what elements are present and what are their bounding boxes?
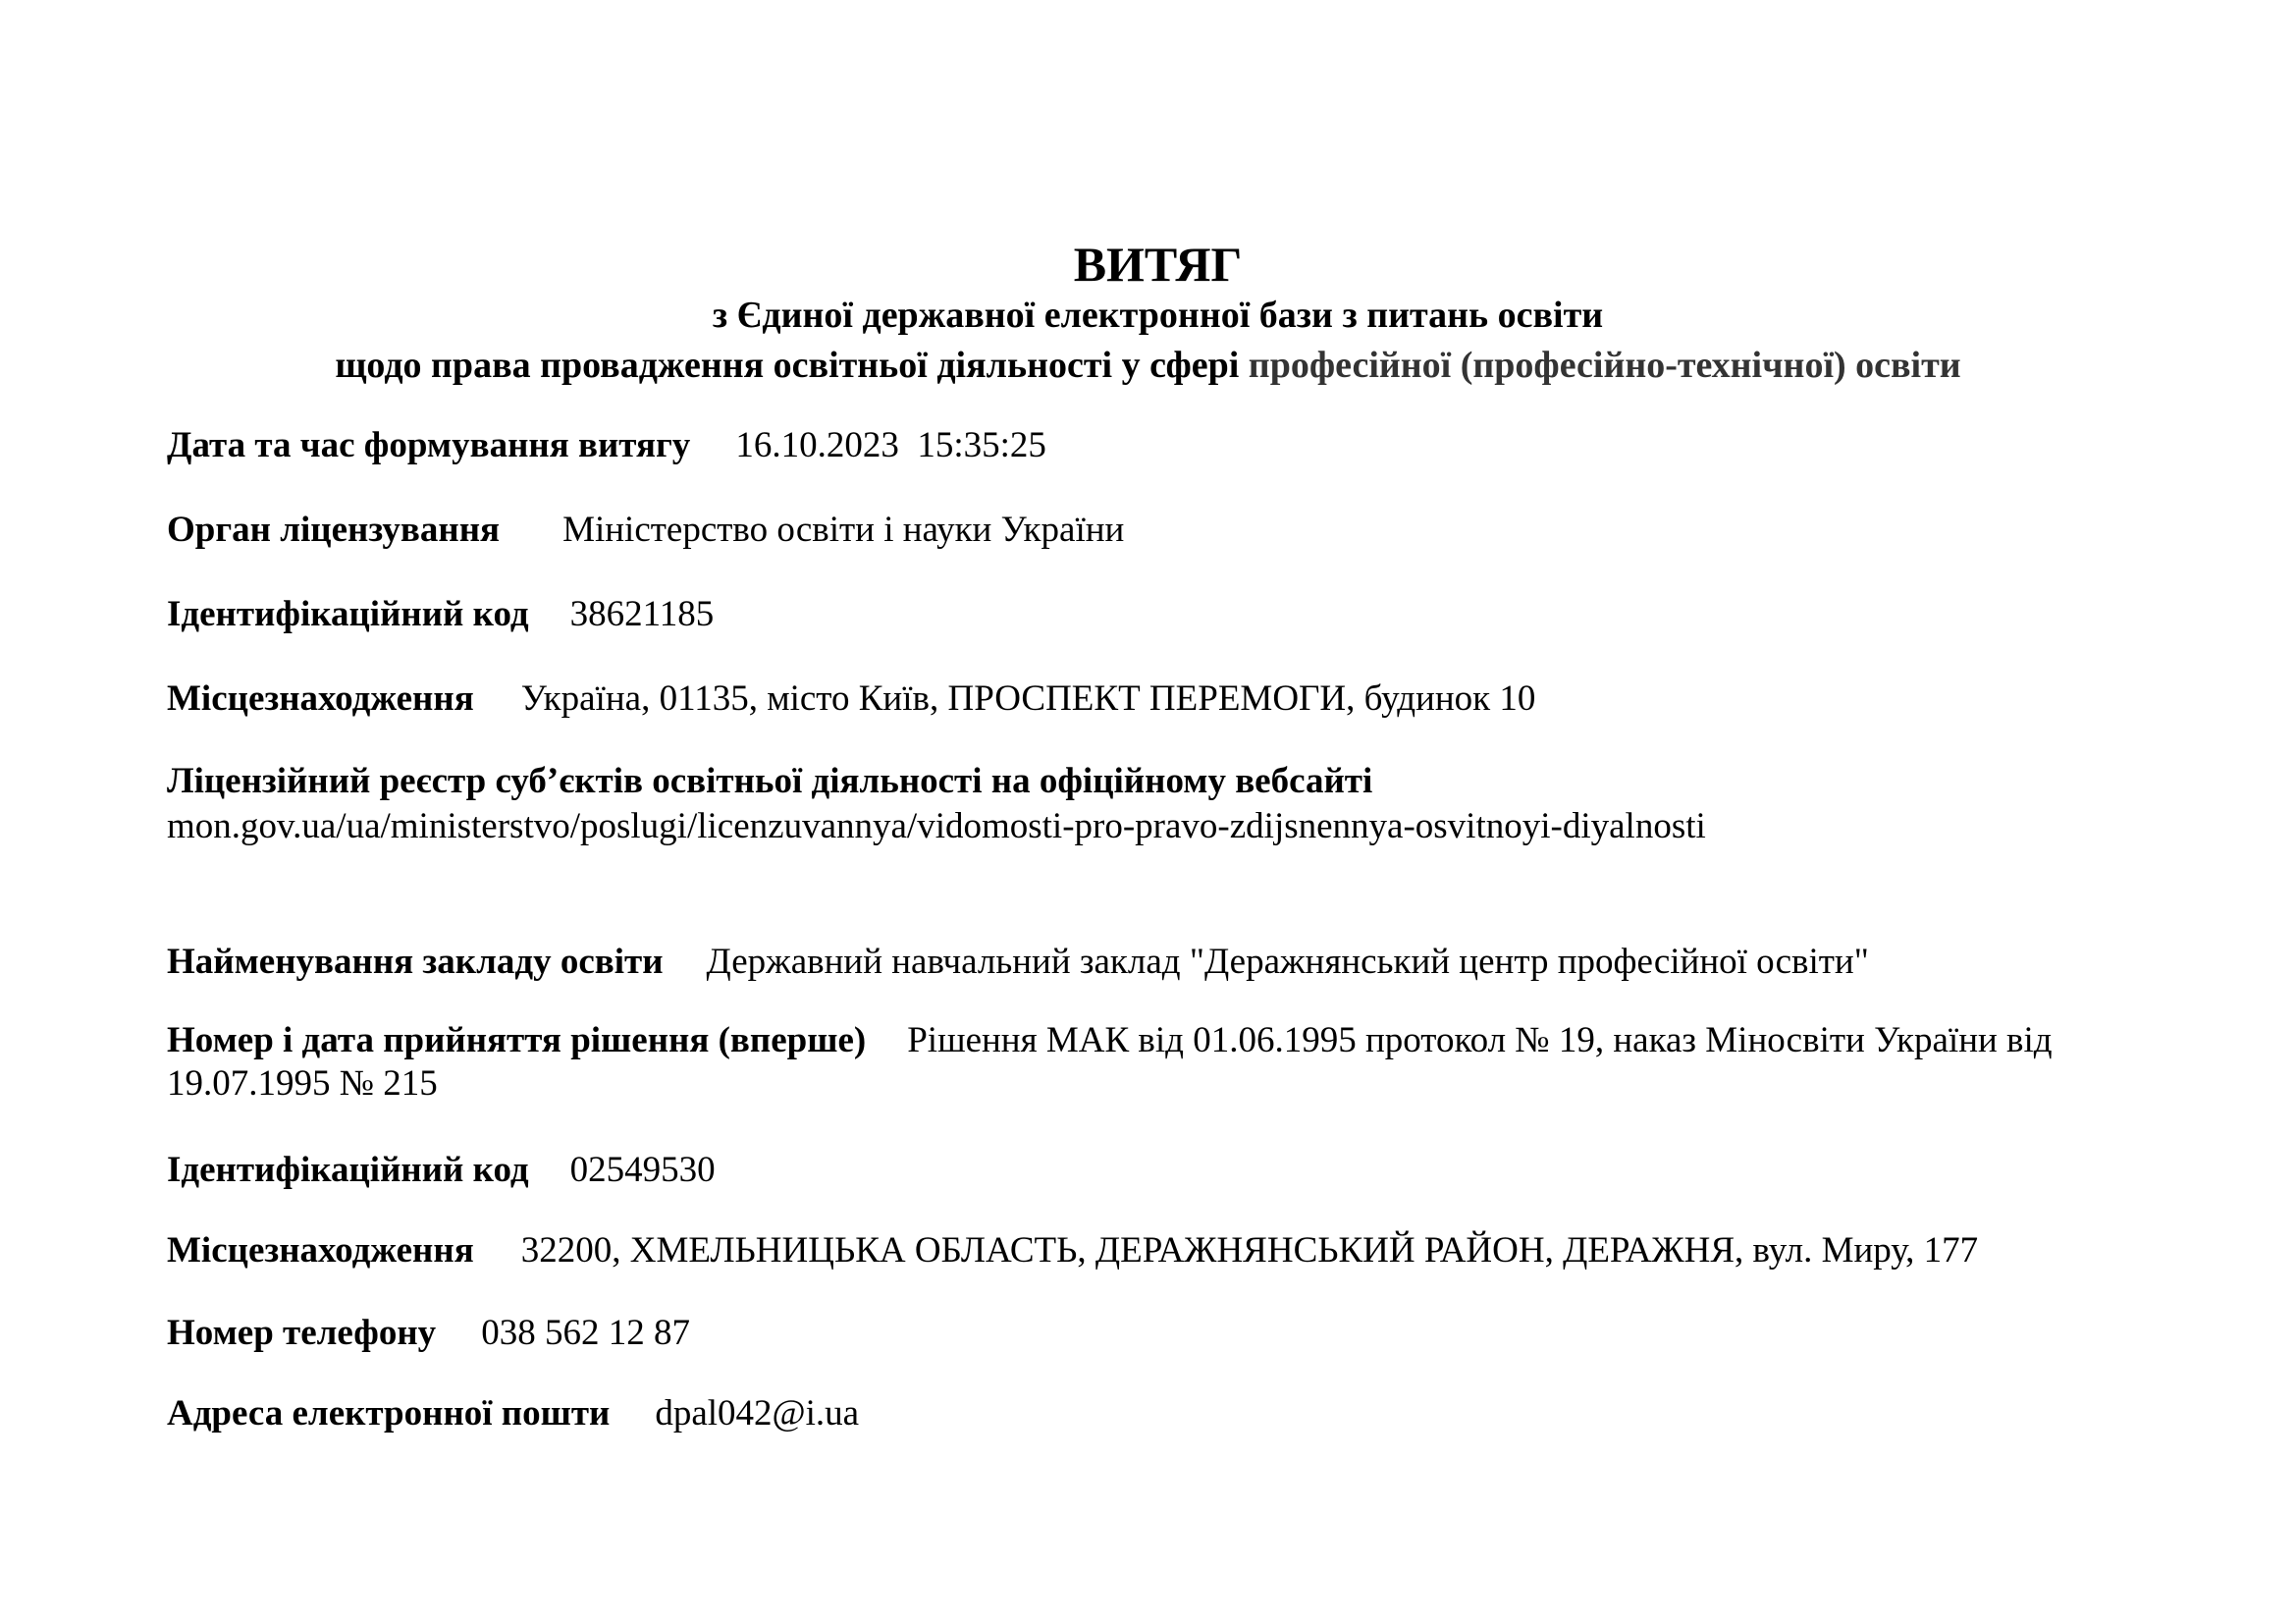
institution-code-row: Ідентифікаційний код02549530	[167, 1149, 2130, 1192]
licensing-authority-value: Міністерство освіти і науки України	[562, 510, 1124, 550]
document-subtitle-line1: з Єдиної державної електронної бази з пи…	[10, 294, 2296, 337]
email-label: Адреса електронної пошти	[167, 1393, 610, 1434]
subtitle-prefix: щодо права провадження освітньої діяльно…	[335, 345, 1248, 386]
authority-location-label: Місцезнаходження	[167, 678, 474, 719]
document-page: ВИТЯГ з Єдиної державної електронної баз…	[0, 0, 2296, 1624]
institution-location-value: 32200, ХМЕЛЬНИЦЬКА ОБЛАСТЬ, ДЕРАЖНЯНСЬКИ…	[521, 1230, 1978, 1271]
phone-value: 038 562 12 87	[481, 1313, 690, 1353]
institution-code-label: Ідентифікаційний код	[167, 1150, 529, 1190]
registry-label: Ліцензійний реєстр суб’єктів освітньої д…	[167, 761, 1372, 801]
decision-label: Номер і дата прийняття рішення (вперше)	[167, 1020, 866, 1060]
institution-name-value: Державний навчальний заклад "Деражнянськ…	[707, 942, 1869, 982]
authority-location-row: МісцезнаходженняУкраїна, 01135, місто Ки…	[167, 677, 2130, 721]
authority-code-row: Ідентифікаційний код38621185	[167, 593, 2130, 636]
institution-code-value: 02549530	[570, 1150, 716, 1190]
authority-location-value: Україна, 01135, місто Київ, ПРОСПЕКТ ПЕР…	[521, 678, 1536, 719]
phone-row: Номер телефону038 562 12 87	[167, 1312, 2130, 1355]
registry-link-row: mon.gov.ua/ua/ministerstvo/poslugi/licen…	[167, 805, 2130, 848]
authority-code-label: Ідентифікаційний код	[167, 594, 529, 634]
registry-link[interactable]: mon.gov.ua/ua/ministerstvo/poslugi/licen…	[167, 806, 1706, 846]
extract-datetime-value: 16.10.2023 15:35:25	[735, 425, 1046, 465]
institution-location-row: Місцезнаходження32200, ХМЕЛЬНИЦЬКА ОБЛАС…	[167, 1229, 2130, 1272]
subtitle-education-scope: професійної (професійно-технічної) освіт…	[1249, 345, 1961, 386]
document-subtitle-line2: щодо права провадження освітньої діяльно…	[0, 344, 2296, 387]
authority-code-value: 38621185	[570, 594, 715, 634]
email-row: Адреса електронної поштиdpal042@i.ua	[167, 1392, 2130, 1435]
registry-row: Ліцензійний реєстр суб’єктів освітньої д…	[167, 760, 2130, 803]
extract-datetime-label: Дата та час формування витягу	[167, 425, 690, 465]
extract-datetime-row: Дата та час формування витягу16.10.2023 …	[167, 424, 2130, 467]
email-value[interactable]: dpal042@i.ua	[655, 1393, 859, 1434]
licensing-authority-label: Орган ліцензування	[167, 510, 500, 550]
document-title: ВИТЯГ	[10, 236, 2296, 293]
institution-name-label: Найменування закладу освіти	[167, 942, 664, 982]
licensing-authority-row: Орган ліцензуванняМіністерство освіти і …	[167, 509, 2130, 552]
phone-label: Номер телефону	[167, 1313, 436, 1353]
institution-name-row: Найменування закладу освітиДержавний нав…	[167, 941, 2130, 984]
institution-location-label: Місцезнаходження	[167, 1230, 474, 1271]
decision-row: Номер і дата прийняття рішення (вперше)Р…	[167, 1019, 2120, 1106]
